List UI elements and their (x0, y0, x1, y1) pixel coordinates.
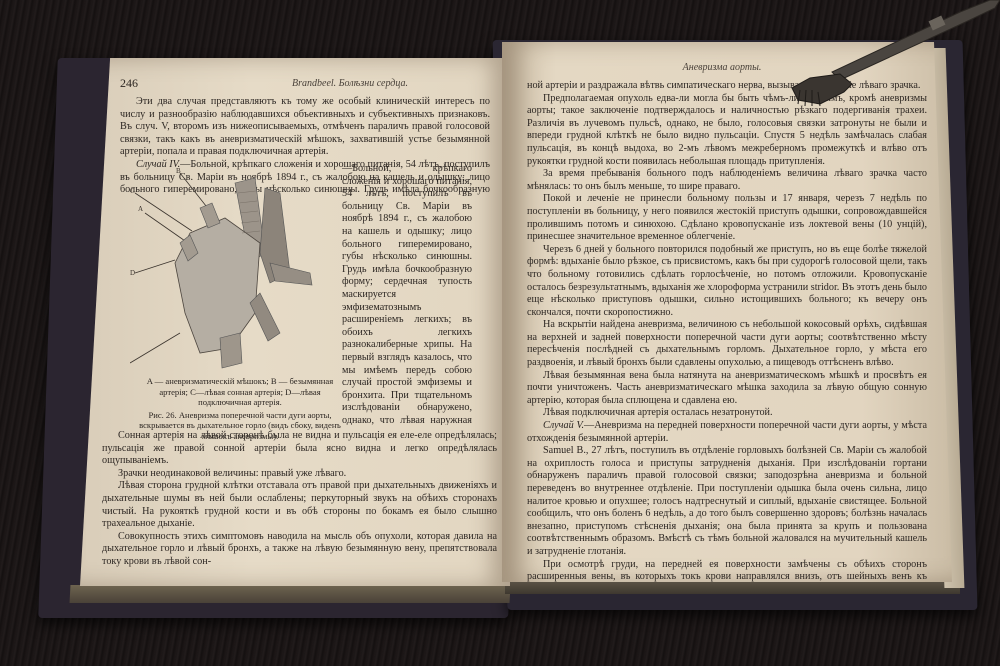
figure-label-b: B (176, 167, 181, 175)
open-book: 246 Brandbeel. Болѣзни сердца. Эти два с… (0, 0, 1000, 666)
page-number: 246 (120, 76, 138, 91)
figure-label-d: D (130, 269, 135, 277)
case-v-paragraph: Случай V.—Аневризма на передней поверхно… (527, 420, 927, 445)
anatomical-illustration-aortic-aneurysm: C A B D (130, 163, 330, 373)
running-head-left: Brandbeel. Болѣзни сердца. (250, 78, 450, 89)
case-v-text: —Аневризма на передней поверхности попер… (527, 420, 927, 444)
left-page: 246 Brandbeel. Болѣзни сердца. Эти два с… (80, 58, 510, 586)
right-page: Аневризма аорты. ной артеріи и раздражал… (502, 42, 952, 582)
right-paragraph: Лѣвая подключичная артерія осталась неза… (527, 407, 927, 420)
case-iv-column: —Больной, крѣпкаго сложенія и хорошаго п… (342, 163, 472, 425)
left-paragraph: Зрачки неодинаковой величины: правый уже… (102, 468, 497, 481)
case-iv-continuation: —Больной, крѣпкаго сложенія и хорошаго п… (342, 163, 472, 425)
right-paragraph: Покой и леченіе не принесли больному пол… (527, 193, 927, 243)
figure-legend: A — аневризматическій мѣшокъ; B — безымя… (135, 376, 345, 408)
left-bottom-text: Сонная артерія на лѣвой сторонѣ была не … (102, 430, 497, 569)
left-paragraph: Лѣвая сторона грудной клѣтки отставала о… (102, 480, 497, 530)
right-paragraph: Samuel B., 27 лѣтъ, поступилъ въ отдѣлен… (527, 445, 927, 558)
page-block-edge-left (70, 585, 511, 603)
intro-paragraph: Эти два случая представляютъ къ тому же … (120, 96, 490, 159)
right-paragraph: Черезъ 6 дней у больного повторился подо… (527, 244, 927, 320)
right-page-text: ной артеріи и раздражала вѣтвь симпатиче… (527, 80, 927, 582)
right-paragraph: При осмотрѣ груди, на передней ея поверх… (527, 559, 927, 582)
left-paragraph: Сонная артерія на лѣвой сторонѣ была не … (102, 430, 497, 468)
metal-hand-bookmark-icon (780, 0, 1000, 110)
case-v-label: Случай V. (543, 420, 584, 431)
right-paragraph: Лѣвая безымянная вена была натянута на а… (527, 370, 927, 408)
right-paragraph: За время пребыванія больного подъ наблюд… (527, 168, 927, 193)
page-block-edge-right (505, 580, 960, 594)
left-paragraph: Совокупность этихъ симптомовъ наводила н… (102, 531, 497, 569)
right-paragraph: На вскрытіи найдена аневризма, величиною… (527, 319, 927, 369)
figure-label-a: A (138, 205, 143, 213)
figure-label-c: C (130, 187, 135, 195)
